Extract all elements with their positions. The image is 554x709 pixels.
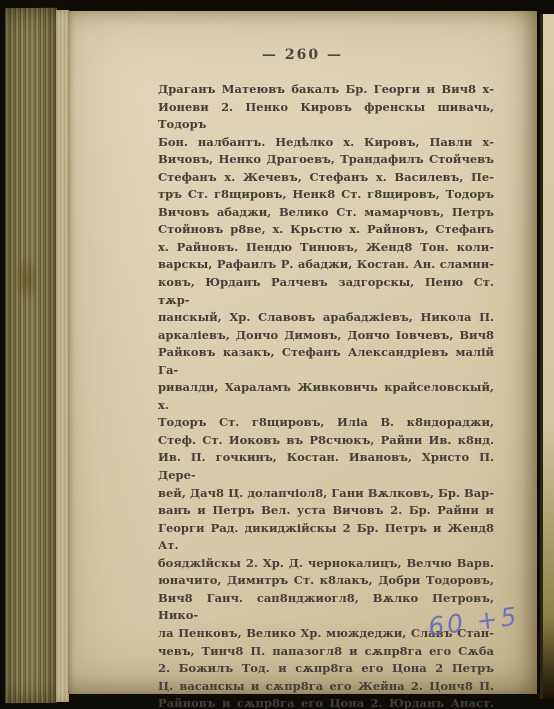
text-line: тръ Ст. г8щировъ, Ненк8 Ст. г8щировъ, То… bbox=[158, 186, 494, 204]
text-line: Георги Рад. дикиджійскы 2 Бр. Петръ и Же… bbox=[158, 520, 494, 555]
text-line: ковъ, Юрданъ Ралчевъ задгорскы, Пеню Ст.… bbox=[158, 274, 494, 309]
text-line: ванъ и Петръ Вел. уста Вичовъ 2. Бр. Рай… bbox=[158, 502, 494, 520]
text-line: Ионеви 2. Пенко Кировъ френскы шивачь, Т… bbox=[158, 99, 494, 134]
text-line: Райковъ казакъ, Стефанъ Александріевъ ма… bbox=[158, 344, 494, 379]
text-line: Вичовъ абаджи, Велико Ст. мамарчовъ, Пет… bbox=[158, 204, 494, 222]
text-line: Стефанъ х. Жечевъ, Стефанъ х. Василевъ, … bbox=[158, 169, 494, 187]
text-line: ривалди, Хараламъ Живковичь крайселовскы… bbox=[158, 379, 494, 414]
text-line: Стеф. Ст. Иоковъ въ Р8счюкъ, Райни Ив. к… bbox=[158, 432, 494, 450]
fore-edge-stain bbox=[14, 255, 40, 303]
book-photo: — 260 — Драганъ Матеювъ бакалъ Бр. Георг… bbox=[0, 0, 554, 709]
text-line: Драганъ Матеювъ бакалъ Бр. Георги и Вич8… bbox=[158, 81, 494, 99]
text-line: Вичовъ, Ненко Драгоевъ, Трандафилъ Стойч… bbox=[158, 151, 494, 169]
text-line: аркаліевъ, Дончо Димовъ, Дончо Іовчевъ, … bbox=[158, 327, 494, 345]
gutter-next-page-edge bbox=[540, 14, 554, 699]
text-line: Ц. васанскы и сѫпр8га его Жейна 2. Цонч8… bbox=[158, 678, 494, 696]
text-line: Бон. налбантъ. Недѣлко х. Кировъ, Павли … bbox=[158, 134, 494, 152]
page-number: — 260 — bbox=[68, 47, 537, 63]
text-line: Ив. П. гочкинъ, Костан. Ивановъ, Христо … bbox=[158, 449, 494, 484]
text-line: 2. Божилъ Тод. и сѫпр8га его Цона 2 Петр… bbox=[158, 660, 494, 678]
text-line: Тодоръ Ст. г8щировъ, Иліа В. к8ндораджи, bbox=[158, 414, 494, 432]
text-line: панскый, Хр. Славовъ арабаджіевъ, Никола… bbox=[158, 309, 494, 327]
text-line: чевъ, Тинч8 П. папазогл8 и сѫпр8га его С… bbox=[158, 643, 494, 661]
page-stack-fore-edge bbox=[5, 8, 57, 703]
text-line: х. Райновъ. Пендю Тинювъ, Женд8 Тон. кол… bbox=[158, 239, 494, 257]
text-line: Стойновъ р8ве, х. Крьстю х. Райновъ, Сте… bbox=[158, 221, 494, 239]
text-line: вей, Дач8 Ц. долапчіол8, Гани Вѫлковъ, Б… bbox=[158, 485, 494, 503]
text-line: варскы, Рафаилъ Р. абаджи, Костан. Ан. с… bbox=[158, 256, 494, 274]
text-line: юначито, Димитръ Ст. к8лакъ, Добри Тодор… bbox=[158, 572, 494, 590]
text-line: бояджійскы 2. Хр. Д. чернокалицъ, Велчю … bbox=[158, 555, 494, 573]
text-line: Райновъ и сѫпр8га его Цона 2. Юрданъ Ана… bbox=[158, 695, 494, 709]
